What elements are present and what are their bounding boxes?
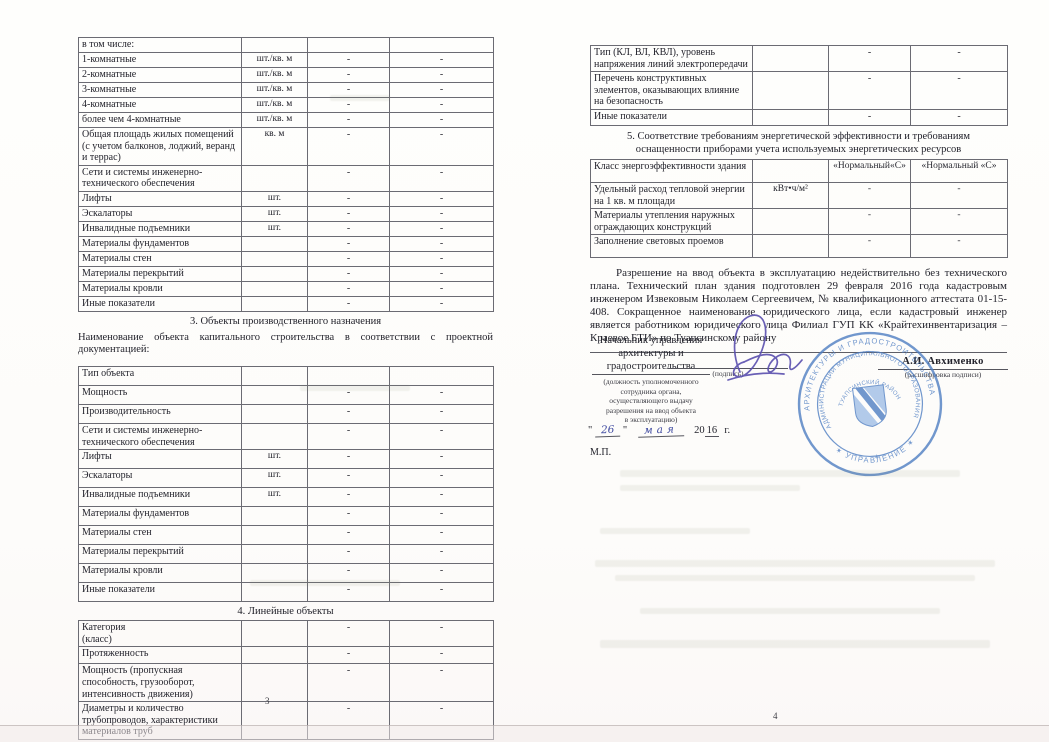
section3-intro: Наименование объекта капитального строит… — [78, 332, 493, 357]
table-row: Производительность-- — [79, 404, 494, 423]
table-row: в том числе: — [79, 38, 494, 53]
seal-place-label: М.П. — [590, 447, 611, 458]
table-row: 3-комнатныешт./кв. м-- — [79, 83, 494, 98]
table-cell-unit — [753, 159, 829, 182]
table-cell-label: Материалы стен — [79, 251, 242, 266]
table-cell-v1: - — [308, 450, 390, 469]
table-cell-v1: - — [308, 296, 390, 311]
table-cell-v2: - — [390, 450, 494, 469]
table-cell-label: Лифты — [79, 191, 242, 206]
bleed-through-artifact — [250, 580, 400, 586]
table-row: более чем 4-комнатныешт./кв. м-- — [79, 113, 494, 128]
table-row: 1-комнатныешт./кв. м-- — [79, 53, 494, 68]
table-cell-label: 3-комнатные — [79, 83, 242, 98]
date-day-handwritten: 26 — [595, 424, 621, 438]
scanned-document: в том числе:1-комнатныешт./кв. м--2-комн… — [0, 0, 1049, 742]
table-cell-label: Материалы стен — [79, 526, 242, 545]
table-cell-v2: - — [911, 72, 1008, 110]
table-row: Сети и системы инженерно-технического об… — [79, 165, 494, 191]
table-row: Инвалидные подъемникишт.-- — [79, 221, 494, 236]
table-cell-label: Протяженность — [79, 647, 242, 664]
table-row: Эскалаторышт.-- — [79, 206, 494, 221]
table-cell-unit: шт. — [242, 221, 308, 236]
table-cell-v2: - — [911, 209, 1008, 235]
table-row: Класс энергоэффективности здания«Нормаль… — [591, 159, 1008, 182]
table-cell-label: Категория (класс) — [79, 621, 242, 647]
date-quote-close: " — [623, 425, 627, 436]
table-cell-label: Мощность (пропускная способность, грузоо… — [79, 664, 242, 702]
table-cell-v1: - — [829, 109, 911, 125]
stamp-bottom-star: ✶ — [873, 452, 880, 462]
table-cell-unit — [242, 385, 308, 404]
table-cell-v1: - — [308, 165, 390, 191]
table-row: Тип объекта — [79, 366, 494, 385]
table-cell-unit — [242, 404, 308, 423]
table-cell-v1: «Нормальный«С» — [829, 159, 911, 182]
table-row: Лифтышт.-- — [79, 450, 494, 469]
table-cell-v2: - — [390, 98, 494, 113]
table-cell-unit — [242, 545, 308, 564]
table-cell-v2: - — [390, 83, 494, 98]
table-cell-unit — [242, 266, 308, 281]
bleed-through-artifact — [600, 528, 750, 534]
table-row: 2-комнатныешт./кв. м-- — [79, 68, 494, 83]
table-cell-label: 4-комнатные — [79, 98, 242, 113]
table-cell-label: Материалы перекрытий — [79, 545, 242, 564]
table-cell-unit: шт./кв. м — [242, 83, 308, 98]
date-month-handwritten: мая — [638, 423, 684, 438]
table-row: Общая площадь жилых помещений (с учетом … — [79, 128, 494, 166]
table-row: Удельный расход тепловой энергии на 1 кв… — [591, 182, 1008, 208]
table-cell-unit — [242, 165, 308, 191]
table-cell-unit — [242, 647, 308, 664]
table-row: Материалы стен-- — [79, 526, 494, 545]
table-cell-unit: кВт•ч/м² — [753, 182, 829, 208]
table-cell-v2: - — [390, 236, 494, 251]
table-cell-v1: - — [308, 664, 390, 702]
table-cell-v2: - — [390, 68, 494, 83]
table-row: Заполнение световых проемов-- — [591, 235, 1008, 258]
table-cell-label: Эскалаторы — [79, 206, 242, 221]
table-cell-v2: - — [390, 221, 494, 236]
table-row: Материалы фундаментов-- — [79, 236, 494, 251]
table-cell-label: 2-комнатные — [79, 68, 242, 83]
table-cell-v1: - — [308, 221, 390, 236]
page-number-left: 3 — [265, 696, 270, 706]
table-cell-unit: шт./кв. м — [242, 68, 308, 83]
table-cell-unit — [242, 664, 308, 702]
table-cell-v2: - — [390, 488, 494, 507]
table-cell-v2: - — [390, 507, 494, 526]
table-cell-unit: шт. — [242, 450, 308, 469]
linear-objects-table: Категория (класс)--Протяженность--Мощнос… — [78, 620, 494, 740]
table-row: Сети и системы инженерно-технического об… — [79, 423, 494, 449]
table-cell-v1: - — [308, 545, 390, 564]
table-cell-label: Материалы перекрытий — [79, 266, 242, 281]
table-row: Иные показатели-- — [591, 109, 1008, 125]
table-cell-label: Производительность — [79, 404, 242, 423]
table-cell-v2: - — [390, 113, 494, 128]
table-cell-v1 — [308, 38, 390, 53]
table-cell-unit — [242, 366, 308, 385]
table-cell-unit — [242, 507, 308, 526]
table-cell-v1: - — [308, 507, 390, 526]
table-cell-v1: - — [829, 72, 911, 110]
table-row: Материалы кровли-- — [79, 281, 494, 296]
table-cell-v1: - — [308, 53, 390, 68]
table-cell-unit: шт. — [242, 469, 308, 488]
table-cell-unit — [242, 526, 308, 545]
table-cell-label: Материалы фундаментов — [79, 236, 242, 251]
table-cell-unit — [242, 251, 308, 266]
table-cell-v1: - — [308, 68, 390, 83]
table-cell-v1: - — [308, 404, 390, 423]
table-cell-label: Иные показатели — [79, 583, 242, 602]
date-year: 16 — [705, 425, 720, 437]
official-round-stamp: АРХИТЕКТУРЫ И ГРАДОСТРОИТЕЛЬСТВА ✶ УПРАВ… — [789, 323, 952, 486]
table-cell-label: Тип (КЛ, ВЛ, КВЛ), уровень напряжения ли… — [591, 46, 753, 72]
table-cell-label: Материалы кровли — [79, 564, 242, 583]
table-cell-label: Инвалидные подъемники — [79, 221, 242, 236]
table-cell-v2: - — [390, 53, 494, 68]
table-cell-v2: - — [390, 191, 494, 206]
table-cell-v2 — [390, 38, 494, 53]
date-quote-open: " — [588, 425, 592, 436]
table-cell-v1: - — [308, 113, 390, 128]
date-suffix: г. — [724, 425, 730, 436]
table-cell-v2: - — [390, 423, 494, 449]
table-cell-label: в том числе: — [79, 38, 242, 53]
table-cell-label: Сети и системы инженерно-технического об… — [79, 165, 242, 191]
bleed-through-artifact — [640, 608, 940, 614]
table-cell-v1: - — [308, 647, 390, 664]
table-cell-v2: - — [911, 235, 1008, 258]
table-cell-label: Перечень конструктивных элементов, оказы… — [591, 72, 753, 110]
table-row: Перечень конструктивных элементов, оказы… — [591, 72, 1008, 110]
bleed-through-artifact — [615, 575, 975, 581]
table-cell-v2: - — [390, 469, 494, 488]
table-cell-unit: шт. — [242, 206, 308, 221]
production-objects-table: Тип объектаМощность--Производительность-… — [78, 366, 494, 602]
bleed-through-artifact — [620, 470, 960, 477]
table-cell-v1: - — [308, 191, 390, 206]
table-cell-v2: - — [390, 564, 494, 583]
table-row: Инвалидные подъемникишт.-- — [79, 488, 494, 507]
table-cell-v2: - — [390, 296, 494, 311]
table-cell-v1: - — [308, 469, 390, 488]
table-cell-v1: - — [308, 236, 390, 251]
table-cell-v2: - — [390, 251, 494, 266]
table-cell-unit: шт. — [242, 191, 308, 206]
residential-indicators-table: в том числе:1-комнатныешт./кв. м--2-комн… — [78, 37, 494, 312]
power-lines-table: Тип (КЛ, ВЛ, КВЛ), уровень напряжения ли… — [590, 45, 1008, 126]
table-cell-v1: - — [308, 526, 390, 545]
section5-title: 5. Соответствие требованиям энергетическ… — [590, 126, 1007, 159]
table-row: Мощность-- — [79, 385, 494, 404]
table-cell-v1 — [308, 366, 390, 385]
table-cell-v1: - — [308, 206, 390, 221]
table-row: Материалы перекрытий-- — [79, 266, 494, 281]
table-row: Мощность (пропускная способность, грузоо… — [79, 664, 494, 702]
table-row: Протяженность-- — [79, 647, 494, 664]
section4-title: 4. Линейные объекты — [78, 602, 493, 620]
table-cell-label: Иные показатели — [79, 296, 242, 311]
signatory-position-caption: (должность уполномоченного сотрудника ор… — [592, 377, 710, 425]
table-cell-unit — [753, 235, 829, 258]
table-cell-label: Инвалидные подъемники — [79, 488, 242, 507]
table-cell-label: Материалы кровли — [79, 281, 242, 296]
table-row: Материалы перекрытий-- — [79, 545, 494, 564]
table-cell-v2 — [390, 366, 494, 385]
table-cell-unit — [753, 72, 829, 110]
table-cell-label: Материалы фундаментов — [79, 507, 242, 526]
table-cell-label: Общая площадь жилых помещений (с учетом … — [79, 128, 242, 166]
table-row: Материалы фундаментов-- — [79, 507, 494, 526]
table-cell-unit: шт. — [242, 488, 308, 507]
table-cell-label: Заполнение световых проемов — [591, 235, 753, 258]
section3-title: 3. Объекты производственного назначения — [78, 312, 493, 330]
table-row: Лифтышт.-- — [79, 191, 494, 206]
bleed-through-artifact — [300, 385, 410, 391]
table-cell-unit: шт./кв. м — [242, 113, 308, 128]
table-cell-label: Иные показатели — [591, 109, 753, 125]
table-cell-unit: шт./кв. м — [242, 53, 308, 68]
page-4: Тип (КЛ, ВЛ, КВЛ), уровень напряжения ли… — [590, 45, 1007, 353]
table-cell-label: Удельный расход тепловой энергии на 1 кв… — [591, 182, 753, 208]
table-cell-label: Тип объекта — [79, 366, 242, 385]
table-cell-v2: - — [390, 404, 494, 423]
table-cell-v1: - — [829, 235, 911, 258]
table-cell-label: 1-комнатные — [79, 53, 242, 68]
bleed-through-artifact — [330, 95, 390, 101]
table-cell-v1: - — [308, 266, 390, 281]
table-cell-v2: - — [390, 621, 494, 647]
table-cell-unit — [753, 209, 829, 235]
table-cell-v2: - — [911, 182, 1008, 208]
table-row: Материалы утепления наружных ограждающих… — [591, 209, 1008, 235]
table-cell-label: Лифты — [79, 450, 242, 469]
table-cell-label: Мощность — [79, 385, 242, 404]
table-cell-unit — [242, 296, 308, 311]
scan-crease — [0, 725, 1049, 742]
table-cell-label: Класс энергоэффективности здания — [591, 159, 753, 182]
table-cell-unit: шт./кв. м — [242, 98, 308, 113]
table-cell-unit — [242, 621, 308, 647]
table-row: Категория (класс)-- — [79, 621, 494, 647]
table-cell-unit — [242, 236, 308, 251]
table-cell-v1: - — [829, 46, 911, 72]
table-cell-v1: - — [308, 281, 390, 296]
page-3: в том числе:1-комнатныешт./кв. м--2-комн… — [78, 37, 493, 740]
table-cell-label: более чем 4-комнатные — [79, 113, 242, 128]
signatory-position-block: Начальник управления архитектуры и градо… — [592, 334, 710, 425]
table-cell-v2: - — [390, 206, 494, 221]
date-field: " 26 " мая 2016 г. — [588, 424, 730, 437]
table-cell-v1: - — [308, 423, 390, 449]
table-cell-v2: - — [911, 109, 1008, 125]
bleed-through-artifact — [595, 560, 995, 567]
table-row: Эскалаторышт.-- — [79, 469, 494, 488]
table-row: Материалы стен-- — [79, 251, 494, 266]
bleed-through-artifact — [620, 485, 800, 491]
table-cell-v1: - — [308, 251, 390, 266]
table-cell-v1: - — [308, 128, 390, 166]
energy-efficiency-table: Класс энергоэффективности здания«Нормаль… — [590, 159, 1008, 258]
table-row: Иные показатели-- — [79, 296, 494, 311]
table-cell-unit — [242, 423, 308, 449]
table-cell-v2: «Нормальный «С» — [911, 159, 1008, 182]
table-cell-label: Сети и системы инженерно-технического об… — [79, 423, 242, 449]
table-cell-v1: - — [308, 488, 390, 507]
table-cell-v2: - — [911, 46, 1008, 72]
table-cell-v2: - — [390, 128, 494, 166]
bleed-through-artifact — [600, 640, 990, 648]
table-cell-v1: - — [829, 209, 911, 235]
table-cell-v2: - — [390, 545, 494, 564]
table-cell-unit: кв. м — [242, 128, 308, 166]
table-cell-unit — [753, 109, 829, 125]
table-cell-v2: - — [390, 266, 494, 281]
table-cell-label: Эскалаторы — [79, 469, 242, 488]
table-cell-v1: - — [308, 621, 390, 647]
table-cell-v2: - — [390, 583, 494, 602]
table-cell-v2: - — [390, 664, 494, 702]
table-cell-unit — [753, 46, 829, 72]
page-number-right: 4 — [773, 711, 778, 721]
table-cell-unit — [242, 38, 308, 53]
table-cell-v2: - — [390, 526, 494, 545]
date-century: 20 — [694, 425, 705, 436]
table-cell-v2: - — [390, 281, 494, 296]
table-cell-v2: - — [390, 165, 494, 191]
table-row: Тип (КЛ, ВЛ, КВЛ), уровень напряжения ли… — [591, 46, 1008, 72]
table-cell-v1: - — [829, 182, 911, 208]
table-cell-v2: - — [390, 647, 494, 664]
table-cell-label: Материалы утепления наружных ограждающих… — [591, 209, 753, 235]
table-row: 4-комнатныешт./кв. м-- — [79, 98, 494, 113]
table-cell-unit — [242, 281, 308, 296]
